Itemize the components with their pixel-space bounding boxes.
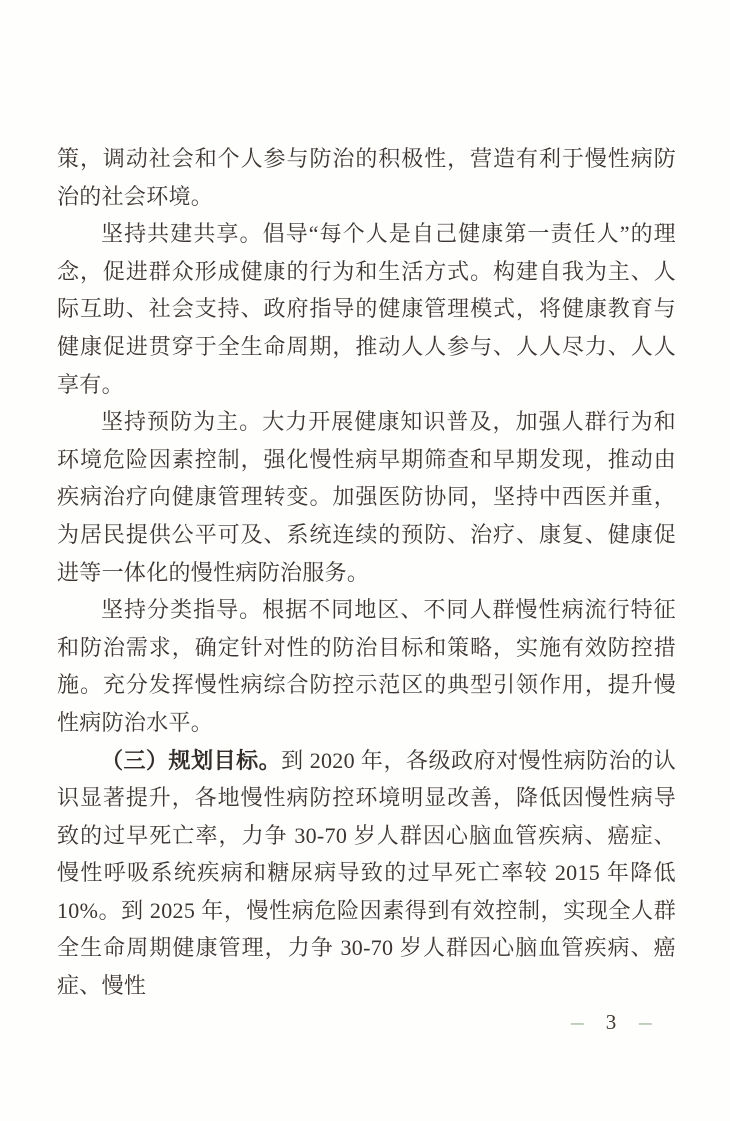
paragraph-principle-shared: 坚持共建共享。倡导“每个人是自己健康第一责任人”的理念，促进群众形成健康的行为和… bbox=[57, 215, 676, 403]
page-number: – 3 – bbox=[572, 1008, 650, 1036]
section-heading: （三）规划目标。 bbox=[101, 748, 281, 773]
paragraph-text: 到 2020 年，各级政府对慢性病防治的认识显著提升，各地慢性病防控环境明显改善… bbox=[57, 748, 676, 999]
paragraph-text: 坚持分类指导。根据不同地区、不同人群慢性病流行特征和防治需求，确定针对性的防治目… bbox=[57, 597, 676, 735]
paragraph-text: 坚持共建共享。倡导“每个人是自己健康第一责任人”的理念，促进群众形成健康的行为和… bbox=[57, 221, 676, 396]
document-body: 策，调动社会和个人参与防治的积极性，营造有利于慢性病防治的社会环境。 坚持共建共… bbox=[57, 140, 676, 1005]
paragraph-continuation: 策，调动社会和个人参与防治的积极性，营造有利于慢性病防治的社会环境。 bbox=[57, 140, 676, 215]
page-number-dash-right: – bbox=[638, 1008, 651, 1036]
paragraph-text: 策，调动社会和个人参与防治的积极性，营造有利于慢性病防治的社会环境。 bbox=[57, 146, 676, 209]
page-number-value: 3 bbox=[606, 1008, 617, 1036]
paragraph-planning-goals: （三）规划目标。到 2020 年，各级政府对慢性病防治的认识显著提升，各地慢性病… bbox=[57, 742, 676, 1005]
document-page: 策，调动社会和个人参与防治的积极性，营造有利于慢性病防治的社会环境。 坚持共建共… bbox=[0, 0, 730, 1121]
paragraph-principle-guidance: 坚持分类指导。根据不同地区、不同人群慢性病流行特征和防治需求，确定针对性的防治目… bbox=[57, 591, 676, 741]
page-number-dash-left: – bbox=[571, 1008, 584, 1036]
paragraph-principle-prevention: 坚持预防为主。大力开展健康知识普及，加强人群行为和环境危险因素控制，强化慢性病早… bbox=[57, 403, 676, 591]
paragraph-text: 坚持预防为主。大力开展健康知识普及，加强人群行为和环境危险因素控制，强化慢性病早… bbox=[57, 409, 676, 584]
